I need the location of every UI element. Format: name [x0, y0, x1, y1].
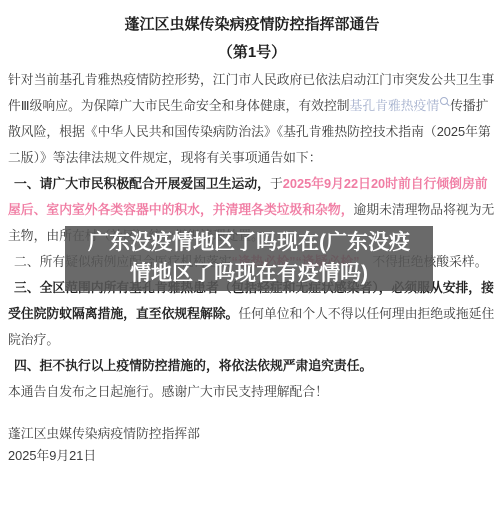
text-segment: 于: [270, 176, 283, 191]
notice-title-line1: 蓬江区虫媒传染病疫情防控指挥部通告: [8, 11, 496, 39]
signature-issuer: 蓬江区虫媒传染病疫情防控指挥部: [8, 423, 496, 445]
search-icon: [440, 97, 448, 105]
text-segment: 一、请广大市民积极配合开展爱国卫生运动，: [14, 176, 270, 191]
entity-link[interactable]: 基孔肯雅热疫情: [350, 98, 440, 113]
notice-title-line2: （第1号）: [8, 39, 496, 67]
intro-paragraph: 针对当前基孔肯雅热疫情防控形势，江门市人民政府已依法启动江门市突发公共卫生事件Ⅲ…: [8, 67, 496, 171]
signature-block: 蓬江区虫媒传染病疫情防控指挥部 2025年9月21日: [8, 423, 496, 467]
closing-paragraph: 本通告自发布之日起施行。感谢广大市民支持理解配合！: [8, 379, 496, 405]
notice-item-4: 四、拒不执行以上疫情防控措施的，将依法依规严肃追究责任。: [8, 353, 496, 379]
watermark-overlay: 广东没疫情地区了吗现在(广东没疫情地区了吗现在有疫情吗): [65, 226, 433, 291]
text-segment: 本通告自发布之日起施行。感谢广大市民支持理解配合！: [8, 384, 328, 399]
text-segment: 四、拒不执行以上疫情防控措施的，将依法依规严肃追究责任。: [14, 358, 372, 373]
signature-date: 2025年9月21日: [8, 445, 496, 467]
